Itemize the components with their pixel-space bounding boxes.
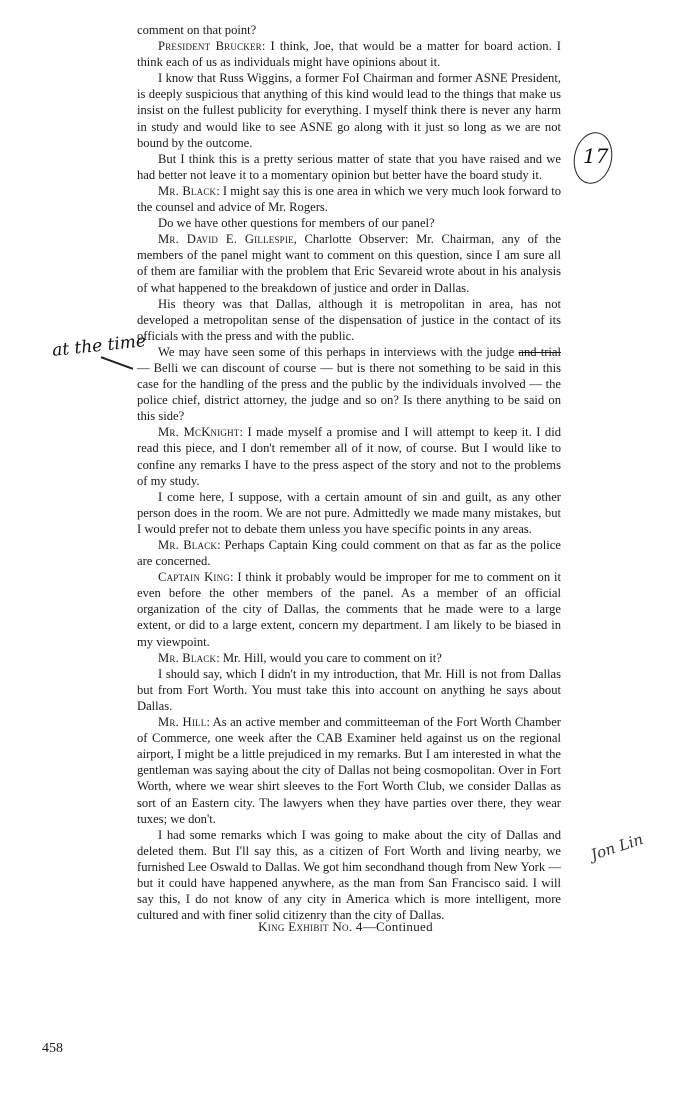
caption-title: King Exhibit No. 4 <box>258 919 363 934</box>
speaker-name: Mr. Black <box>158 538 217 552</box>
paragraph-text: His theory was that Dallas, although it … <box>137 297 561 343</box>
paragraph: comment on that point? <box>137 22 561 38</box>
speaker-name: Mr. McKnight <box>158 425 240 439</box>
paragraph: President Brucker: I think, Joe, that wo… <box>137 38 561 70</box>
paragraph-text: I come here, I suppose, with a certain a… <box>137 490 561 536</box>
speaker-name: Mr. Black <box>158 651 216 665</box>
page-number: 458 <box>42 1041 63 1057</box>
handwritten-margin-note: at the time <box>51 331 147 361</box>
paragraph: Mr. Black: Mr. Hill, would you care to c… <box>137 650 561 666</box>
paragraph-text: comment on that point? <box>137 23 256 37</box>
paragraph: I know that Russ Wiggins, a former FoI C… <box>137 70 561 150</box>
paragraph: Mr. Black: Perhaps Captain King could co… <box>137 537 561 569</box>
paragraph: We may have seen some of this perhaps in… <box>137 344 561 424</box>
handwritten-initials: Jon Lin <box>589 830 646 864</box>
paragraph: His theory was that Dallas, although it … <box>137 296 561 344</box>
paragraph-text: : As an active member and committeeman o… <box>137 715 561 826</box>
paragraph: Mr. McKnight: I made myself a promise an… <box>137 424 561 488</box>
document-page: comment on that point?President Brucker:… <box>0 0 691 1094</box>
paragraph-text: — Belli we can discount of course — but … <box>137 361 561 423</box>
paragraph: But I think this is a pretty serious mat… <box>137 151 561 183</box>
paragraph: Mr. Hill: As an active member and commit… <box>137 714 561 827</box>
caption-continued: —Continued <box>363 919 433 934</box>
paragraph-text: But I think this is a pretty serious mat… <box>137 152 561 182</box>
paragraph: Mr. David E. Gillespie, Charlotte Observ… <box>137 231 561 295</box>
struck-text: and trial <box>518 345 561 359</box>
speaker-name: Mr. Black <box>158 184 216 198</box>
speaker-name: Mr. Hill <box>158 715 206 729</box>
paragraph: I had some remarks which I was going to … <box>137 827 561 924</box>
paragraph: Do we have other questions for members o… <box>137 215 561 231</box>
paragraph: I should say, which I didn't in my intro… <box>137 666 561 714</box>
paragraph-text: : Mr. Hill, would you care to comment on… <box>216 651 442 665</box>
speaker-name: Mr. David E. Gillespie <box>158 232 294 246</box>
paragraph-text: Do we have other questions for members o… <box>158 216 435 230</box>
paragraph: Captain King: I think it probably would … <box>137 569 561 649</box>
paragraph-text: I had some remarks which I was going to … <box>137 828 561 922</box>
handwritten-circled-number: 17 <box>583 144 608 168</box>
speaker-name: Captain King <box>158 570 230 584</box>
paragraph-text: I know that Russ Wiggins, a former FoI C… <box>137 71 561 149</box>
paragraph-text: We may have seen some of this perhaps in… <box>158 345 514 359</box>
speaker-name: President Brucker <box>158 39 262 53</box>
paragraph-text: I should say, which I didn't in my intro… <box>137 667 561 713</box>
paragraph: Mr. Black: I might say this is one area … <box>137 183 561 215</box>
paragraph: I come here, I suppose, with a certain a… <box>137 489 561 537</box>
handwritten-pointer-line <box>101 356 134 370</box>
body-text: comment on that point?President Brucker:… <box>137 22 561 923</box>
exhibit-caption: King Exhibit No. 4—Continued <box>0 919 691 935</box>
